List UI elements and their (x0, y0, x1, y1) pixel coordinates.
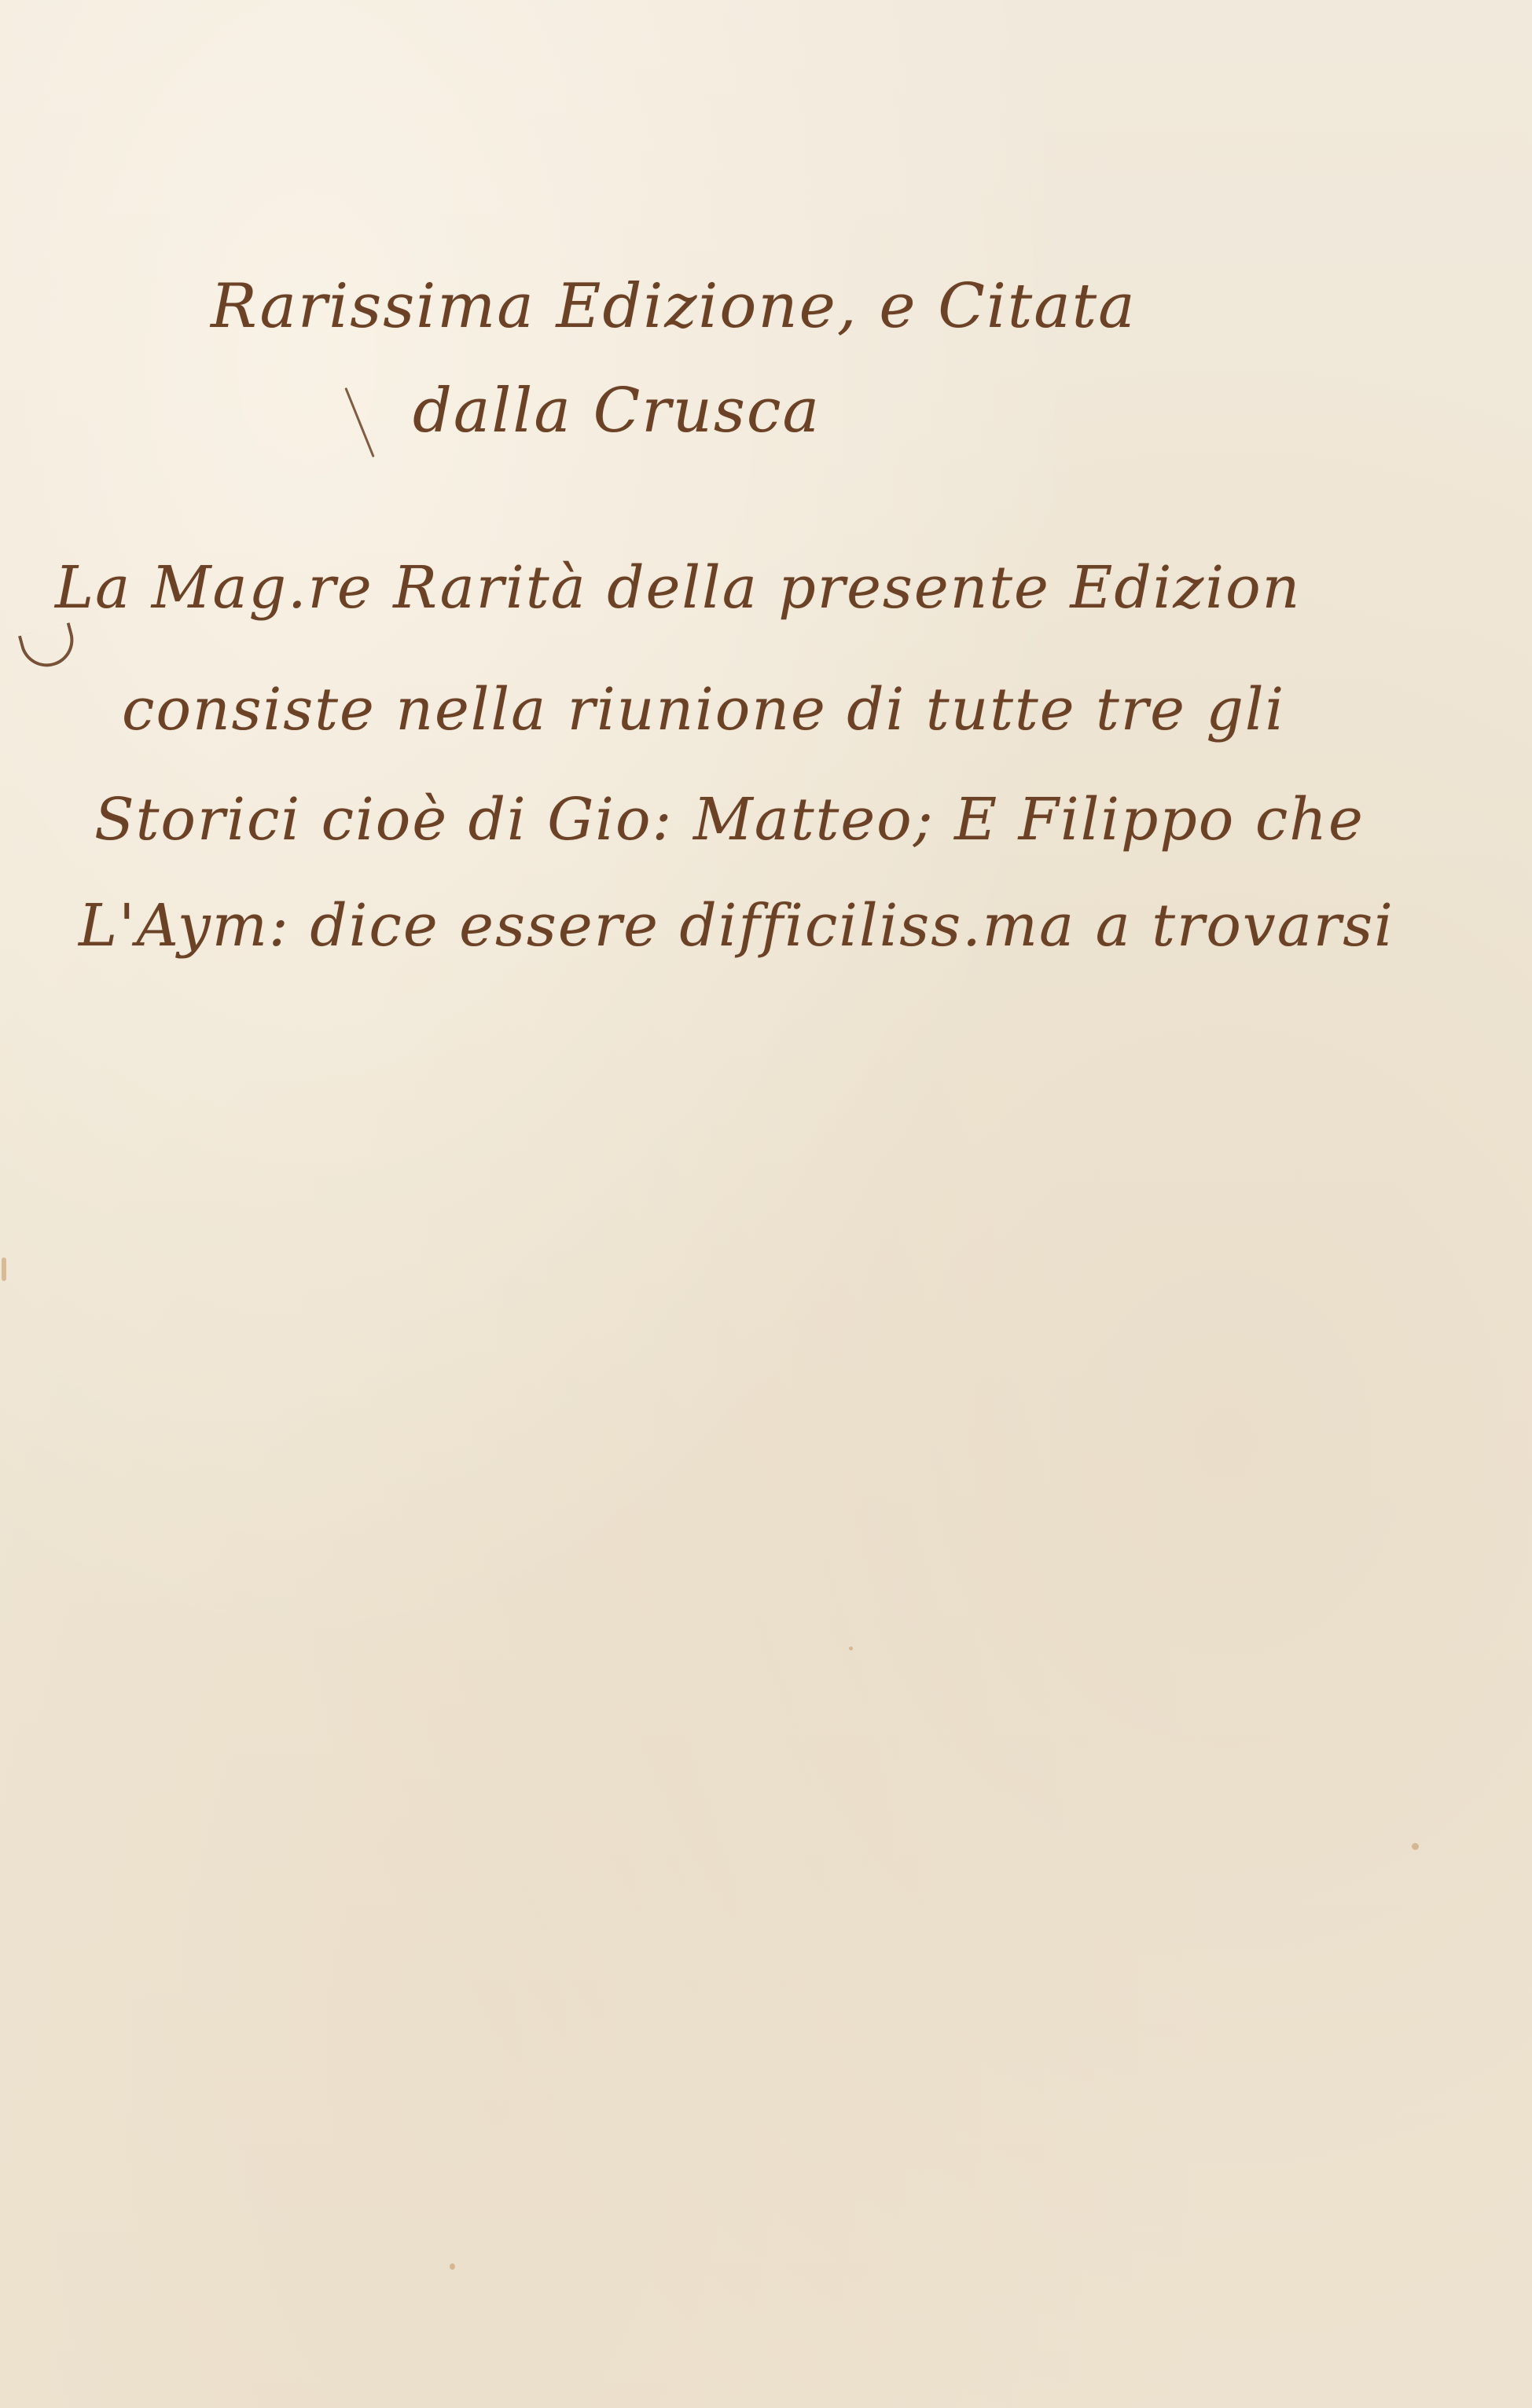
foxing-spot (849, 1646, 853, 1650)
check-mark-stroke (344, 387, 374, 457)
body-line-3: Storici cioè di Gio: Matteo; E Filippo c… (94, 786, 1365, 853)
body-line-1: La Mag.re Rarità della presente Edizion (55, 554, 1301, 622)
body-line-2: consiste nella riunione di tutte tre gli (122, 676, 1285, 743)
body-line-4: L'Aym: dice essere difficiliss.ma a trov… (79, 892, 1394, 960)
foxing-spot (2, 1257, 6, 1281)
heading-line-2: dalla Crusca (413, 376, 821, 446)
heading-line-1: Rarissima Edizione, e Citata (211, 271, 1137, 342)
foxing-spot (1412, 1843, 1419, 1850)
manuscript-page: Rarissima Edizione, e Citata dalla Crusc… (0, 0, 1532, 2408)
margin-flourish (18, 622, 79, 673)
foxing-spot (450, 2263, 455, 2270)
